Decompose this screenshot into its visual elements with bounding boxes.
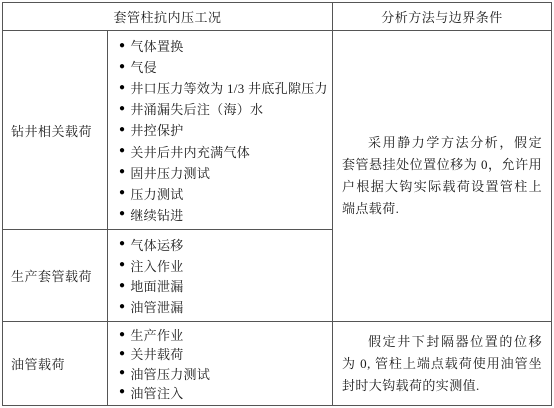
case-item: ● 井涌漏失后注（海）水	[119, 99, 328, 118]
case-item: ● 固井压力测试	[119, 163, 328, 182]
case-item-label: 注入作业	[130, 256, 183, 275]
case-item-label: 生产作业	[130, 325, 183, 344]
case-item-label: 继续钻进	[130, 205, 183, 224]
bullet-icon: ●	[119, 167, 125, 177]
case-item: ● 油管泄漏	[119, 297, 328, 316]
case-item: ● 地面泄漏	[119, 276, 328, 295]
bullet-icon: ●	[119, 368, 125, 378]
bullet-icon: ●	[119, 125, 125, 135]
case-item-label: 固井压力测试	[130, 163, 210, 182]
case-item-label: 气体运移	[130, 235, 183, 254]
bullet-icon: ●	[119, 349, 125, 359]
case-item: ● 压力测试	[119, 184, 328, 203]
case-list-drilling: ● 气体置换 ● 气侵 ● 井口压力等效为 1/3 井底孔隙压力 ● 井涌漏失后…	[108, 31, 333, 230]
header-analysis-method: 分析方法与边界条件	[333, 3, 551, 31]
case-item: ● 气体置换	[119, 36, 328, 55]
bullet-icon: ●	[119, 239, 125, 249]
load-case-table: 套管柱抗内压工况 分析方法与边界条件 钻井相关载荷 ● 气体置换 ● 气侵 ● …	[2, 2, 552, 406]
case-item-label: 气体置换	[130, 36, 183, 55]
case-item: ● 井口压力等效为 1/3 井底孔隙压力	[119, 78, 328, 97]
row-label-drilling-loads: 钻井相关载荷	[3, 31, 108, 230]
case-item-label: 关井后井内充满气体	[130, 142, 250, 161]
analysis-note-casing: 采用静力学方法分析，假定套管悬挂处位置位移为 0，允许用户根据大钩实际载荷设置管…	[333, 31, 551, 322]
analysis-note-tubing: 假定井下封隔器位置的位移为 0, 管柱上端点载荷使用油管坐封时大钩载荷的实测值.	[333, 322, 551, 405]
case-item: ● 油管压力测试	[119, 364, 328, 383]
bullet-icon: ●	[119, 330, 125, 340]
case-item: ● 关井载荷	[119, 344, 328, 363]
bullet-icon: ●	[119, 62, 125, 72]
case-item-label: 压力测试	[130, 184, 183, 203]
case-item-label: 气侵	[130, 57, 157, 76]
case-item: ● 关井后井内充满气体	[119, 142, 328, 161]
analysis-note-casing-text: 采用静力学方法分析，假定套管悬挂处位置位移为 0，允许用户根据大钩实际载荷设置管…	[342, 132, 542, 220]
analysis-note-tubing-text: 假定井下封隔器位置的位移为 0, 管柱上端点载荷使用油管坐封时大钩载荷的实测值.	[342, 331, 542, 397]
row-label-production-casing-loads: 生产套管载荷	[3, 230, 108, 322]
case-item: ● 注入作业	[119, 256, 328, 275]
bullet-icon: ●	[119, 104, 125, 114]
case-item-label: 油管泄漏	[130, 297, 183, 316]
case-item: ● 继续钻进	[119, 205, 328, 224]
bullet-icon: ●	[119, 260, 125, 270]
case-item-label: 油管注入	[130, 383, 183, 402]
bullet-icon: ●	[119, 188, 125, 198]
case-list-production-casing: ● 气体运移 ● 注入作业 ● 地面泄漏 ● 油管泄漏	[108, 230, 333, 322]
case-item-label: 井涌漏失后注（海）水	[130, 99, 263, 118]
bullet-icon: ●	[119, 83, 125, 93]
header-casing-internal-pressure-cases: 套管柱抗内压工况	[3, 3, 333, 31]
case-item-label: 井口压力等效为 1/3 井底孔隙压力	[130, 78, 328, 97]
case-item-label: 井控保护	[130, 120, 183, 139]
case-item: ● 气侵	[119, 57, 328, 76]
bullet-icon: ●	[119, 387, 125, 397]
case-item: ● 生产作业	[119, 325, 328, 344]
case-item: ● 井控保护	[119, 120, 328, 139]
case-item-label: 油管压力测试	[130, 364, 210, 383]
bullet-icon: ●	[119, 146, 125, 156]
case-item: ● 气体运移	[119, 235, 328, 254]
bullet-icon: ●	[119, 281, 125, 291]
bullet-icon: ●	[119, 209, 125, 219]
case-list-tubing: ● 生产作业 ● 关井载荷 ● 油管压力测试 ● 油管注入	[108, 322, 333, 405]
case-item-label: 地面泄漏	[130, 276, 183, 295]
bullet-icon: ●	[119, 41, 125, 51]
bullet-icon: ●	[119, 302, 125, 312]
row-label-tubing-loads: 油管载荷	[3, 322, 108, 405]
case-item: ● 油管注入	[119, 383, 328, 402]
case-item-label: 关井载荷	[130, 344, 183, 363]
